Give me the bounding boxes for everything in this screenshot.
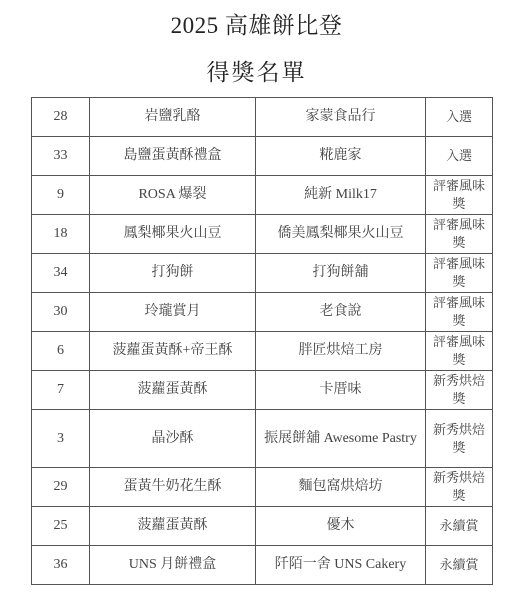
shop-name: 胖匠烘焙工房 [256,332,426,371]
award-name: 新秀烘焙獎 [426,371,493,410]
award-name: 評審風味獎 [426,176,493,215]
table-row: 34 打狗餅 打狗餅舖 評審風味獎 [32,254,493,293]
product-name: 菠蘿蛋黃酥 [90,371,256,410]
product-name: 岩鹽乳酪 [90,98,256,137]
entry-number: 9 [32,176,90,215]
award-table: 28 岩鹽乳酪 家蒙食品行 入選 33 島鹽蛋黃酥禮盒 糀鹿家 入選 9 ROS… [31,97,493,585]
entry-number: 34 [32,254,90,293]
entry-number: 33 [32,137,90,176]
product-name: 蛋黃牛奶花生酥 [90,468,256,507]
page-subtitle: 得獎名單 [0,54,513,87]
entry-number: 36 [32,546,90,585]
entry-number: 18 [32,215,90,254]
award-name: 新秀烘焙獎 [426,468,493,507]
table-row: 33 島鹽蛋黃酥禮盒 糀鹿家 入選 [32,137,493,176]
entry-number: 3 [32,410,90,468]
award-name: 入選 [426,98,493,137]
entry-number: 6 [32,332,90,371]
award-name: 新秀烘焙獎 [426,410,493,468]
shop-name: 純新 Milk17 [256,176,426,215]
entry-number: 25 [32,507,90,546]
table-row: 29 蛋黃牛奶花生酥 麵包窩烘焙坊 新秀烘焙獎 [32,468,493,507]
table-row: 3 晶沙酥 振展餅舖 Awesome Pastry 新秀烘焙獎 [32,410,493,468]
table-row: 28 岩鹽乳酪 家蒙食品行 入選 [32,98,493,137]
award-name: 評審風味獎 [426,293,493,332]
page-title: 2025 高雄餅比登 [0,7,513,40]
table-row: 6 菠蘿蛋黃酥+帝王酥 胖匠烘焙工房 評審風味獎 [32,332,493,371]
table-row: 7 菠蘿蛋黃酥 卡厝味 新秀烘焙獎 [32,371,493,410]
award-name: 永續賞 [426,546,493,585]
award-name: 評審風味獎 [426,254,493,293]
product-name: 菠蘿蛋黃酥+帝王酥 [90,332,256,371]
table-row: 25 菠蘿蛋黃酥 優木 永續賞 [32,507,493,546]
shop-name: 振展餅舖 Awesome Pastry [256,410,426,468]
award-name: 永續賞 [426,507,493,546]
table-row: 36 UNS 月餅禮盒 阡陌一舍 UNS Cakery 永續賞 [32,546,493,585]
shop-name: 卡厝味 [256,371,426,410]
award-name: 評審風味獎 [426,215,493,254]
shop-name: 阡陌一舍 UNS Cakery [256,546,426,585]
shop-name: 優木 [256,507,426,546]
product-name: 玲瓏賞月 [90,293,256,332]
award-name: 入選 [426,137,493,176]
shop-name: 老食說 [256,293,426,332]
entry-number: 7 [32,371,90,410]
shop-name: 家蒙食品行 [256,98,426,137]
product-name: ROSA 爆裂 [90,176,256,215]
shop-name: 麵包窩烘焙坊 [256,468,426,507]
product-name: 晶沙酥 [90,410,256,468]
table-row: 18 鳳梨椰果火山豆 僑美鳳梨椰果火山豆 評審風味獎 [32,215,493,254]
shop-name: 糀鹿家 [256,137,426,176]
product-name: 菠蘿蛋黃酥 [90,507,256,546]
table-row: 30 玲瓏賞月 老食說 評審風味獎 [32,293,493,332]
entry-number: 29 [32,468,90,507]
product-name: UNS 月餅禮盒 [90,546,256,585]
entry-number: 28 [32,98,90,137]
product-name: 鳳梨椰果火山豆 [90,215,256,254]
entry-number: 30 [32,293,90,332]
product-name: 打狗餅 [90,254,256,293]
shop-name: 僑美鳳梨椰果火山豆 [256,215,426,254]
award-name: 評審風味獎 [426,332,493,371]
table-row: 9 ROSA 爆裂 純新 Milk17 評審風味獎 [32,176,493,215]
product-name: 島鹽蛋黃酥禮盒 [90,137,256,176]
shop-name: 打狗餅舖 [256,254,426,293]
